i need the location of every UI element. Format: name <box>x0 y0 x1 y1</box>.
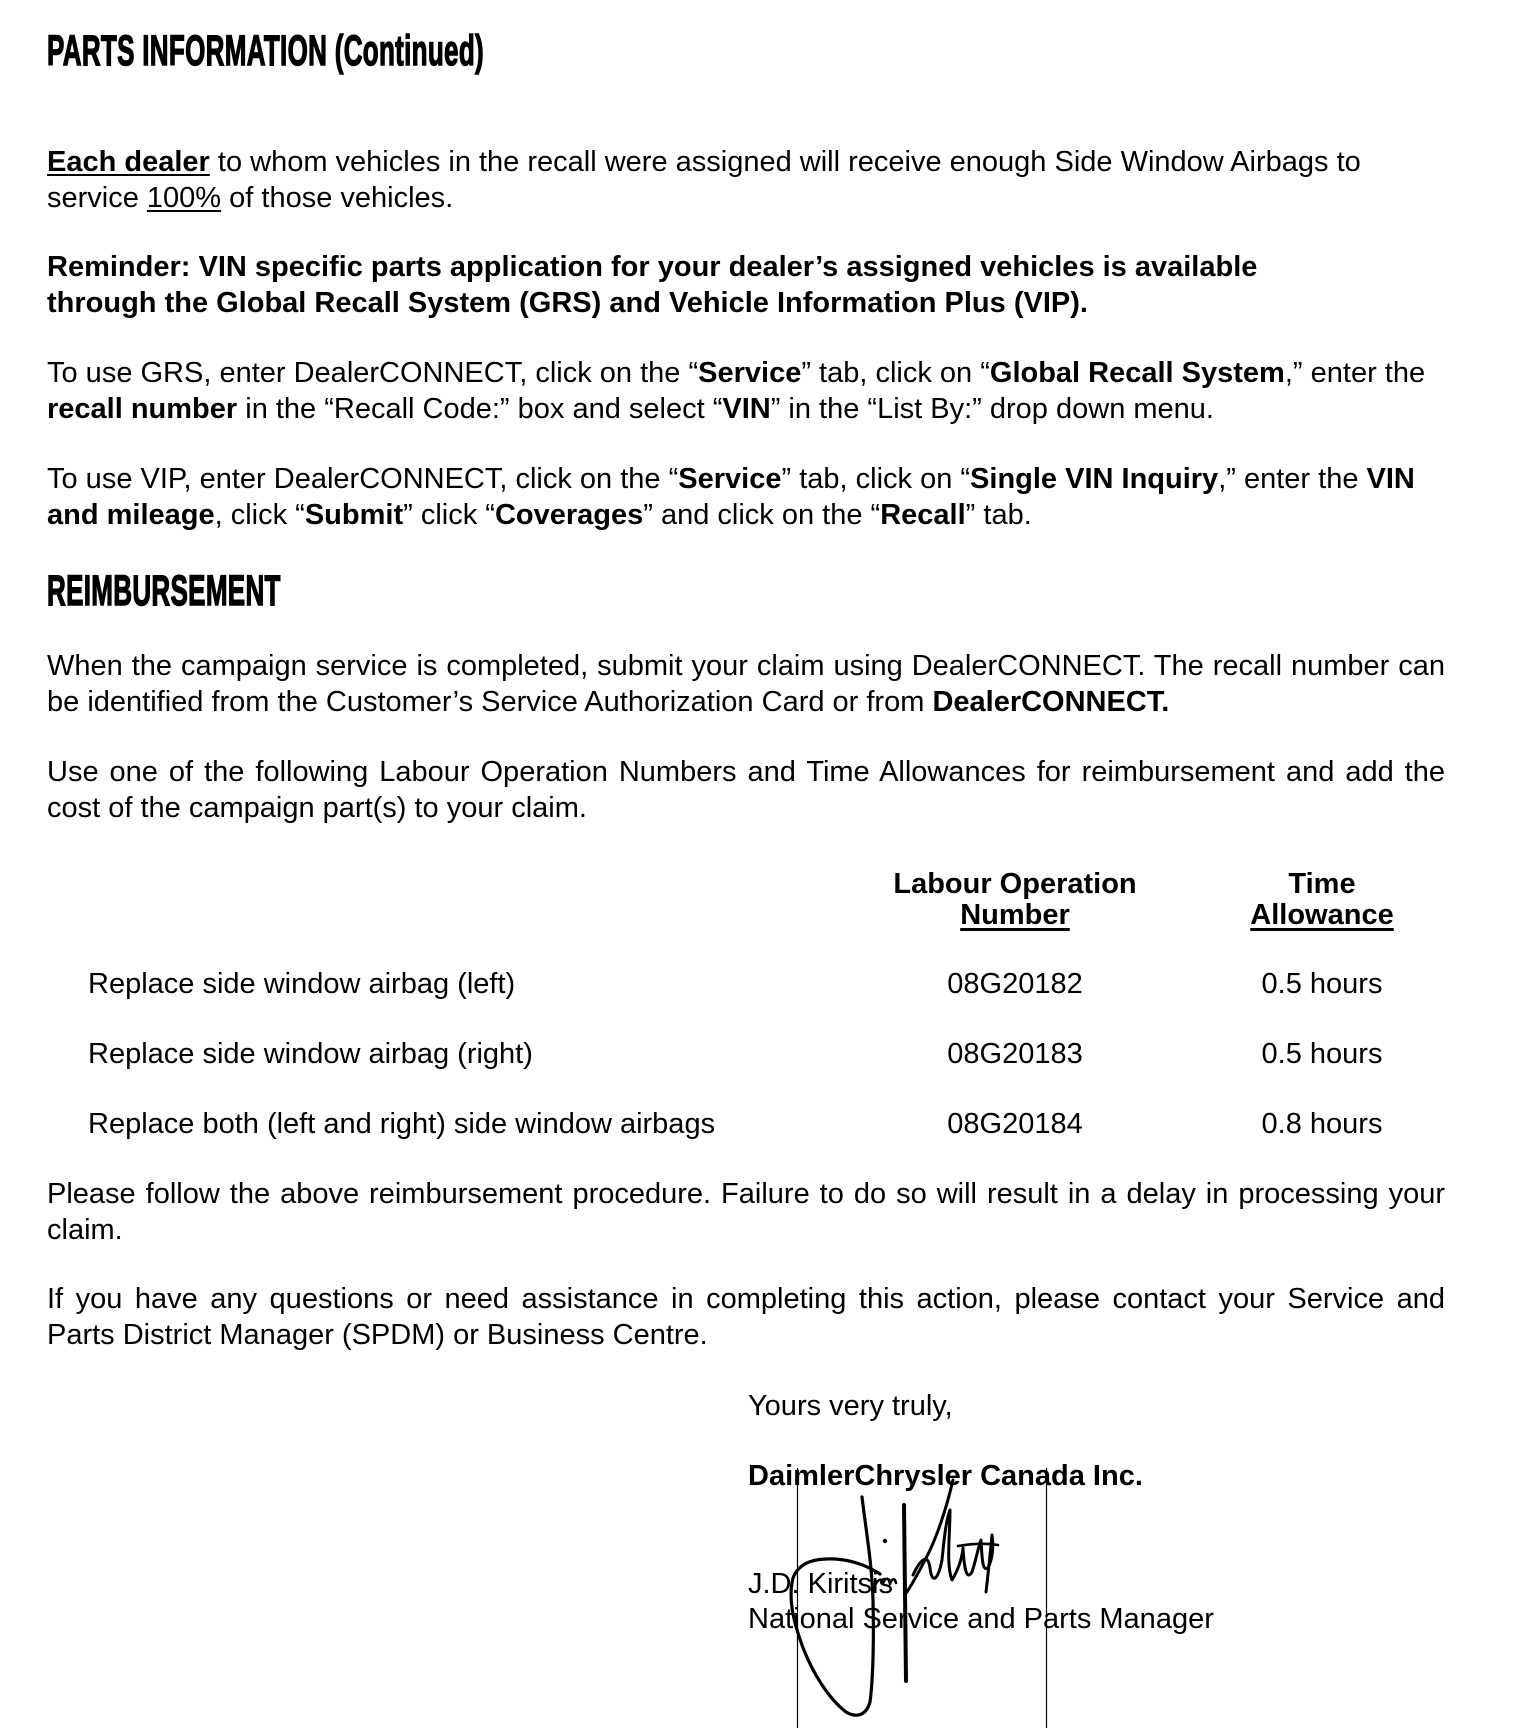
reminder-paragraph: Reminder: VIN specific parts application… <box>47 250 1347 321</box>
header-underlined: Number <box>960 899 1070 931</box>
company-name: DaimlerChrysler Canada Inc. <box>748 1459 1143 1495</box>
reimbursement-heading: REIMBURSEMENT <box>47 570 281 613</box>
vip-text: ” click “ <box>403 499 495 531</box>
grs-global-recall-system: Global Recall System <box>990 357 1285 389</box>
grs-text: in the “Recall Code:” box and select “ <box>237 393 722 425</box>
grs-text: ” tab, click on “ <box>801 357 990 389</box>
grs-recall-number: recall number <box>47 393 237 425</box>
grs-text: To use GRS, enter DealerCONNECT, click o… <box>47 357 698 389</box>
grs-vin: VIN <box>722 393 770 425</box>
header-line: Number <box>893 900 1136 931</box>
percentage-emphasis: 100% <box>147 182 221 214</box>
time-allowance-header: Time Allowance <box>1250 869 1393 931</box>
row-time: 0.5 hours <box>1262 967 1383 1003</box>
claim-submission-paragraph: When the campaign service is completed, … <box>47 649 1445 720</box>
labour-operation-instructions: Use one of the following Labour Operatio… <box>47 755 1445 826</box>
header-line: Time <box>1250 869 1393 900</box>
header-line: Labour Operation <box>893 869 1136 900</box>
grs-text: ” in the “List By:” drop down menu. <box>771 393 1214 425</box>
signer-name: J.D. Kiritsis <box>748 1567 893 1603</box>
vip-text: To use VIP, enter DealerCONNECT, click o… <box>47 463 678 495</box>
row-op-number: 08G20182 <box>947 967 1082 1003</box>
vip-single-vin-inquiry: Single VIN Inquiry <box>970 463 1218 495</box>
vip-text: ” tab. <box>966 499 1032 531</box>
signer-title: National Service and Parts Manager <box>748 1602 1214 1638</box>
dealer-allocation-paragraph: Each dealer to whom vehicles in the reca… <box>47 145 1445 216</box>
vip-text: ” tab, click on “ <box>781 463 970 495</box>
labour-operation-number-header: Labour Operation Number <box>893 869 1136 931</box>
contact-paragraph: If you have any questions or need assist… <box>47 1282 1445 1353</box>
vip-recall-tab: Recall <box>880 499 965 531</box>
row-op-number: 08G20183 <box>947 1037 1082 1073</box>
row-time: 0.5 hours <box>1262 1037 1383 1073</box>
header-underlined: Allowance <box>1250 899 1393 931</box>
grs-service-tab: Service <box>698 357 801 389</box>
vip-service-tab: Service <box>678 463 781 495</box>
vip-text: , click “ <box>215 499 305 531</box>
vip-instructions-paragraph: To use VIP, enter DealerCONNECT, click o… <box>47 462 1445 533</box>
row-time: 0.8 hours <box>1262 1107 1383 1143</box>
vip-submit: Submit <box>305 499 403 531</box>
vip-text: ,” enter the <box>1218 463 1366 495</box>
grs-instructions-paragraph: To use GRS, enter DealerCONNECT, click o… <box>47 356 1445 427</box>
allocation-text-b: of those vehicles. <box>221 182 453 214</box>
claim-text: When the campaign service is completed, … <box>47 650 1445 718</box>
salutation: Yours very truly, <box>748 1389 953 1425</box>
parts-information-heading: PARTS INFORMATION (Continued) <box>47 30 484 73</box>
row-description: Replace both (left and right) side windo… <box>88 1107 715 1143</box>
row-description: Replace side window airbag (right) <box>88 1037 533 1073</box>
row-op-number: 08G20184 <box>947 1107 1082 1143</box>
vip-coverages: Coverages <box>495 499 643 531</box>
vip-text: ” and click on the “ <box>643 499 880 531</box>
row-description: Replace side window airbag (left) <box>88 967 515 1003</box>
procedure-warning-paragraph: Please follow the above reimbursement pr… <box>47 1177 1445 1248</box>
grs-text: ,” enter the <box>1285 357 1425 389</box>
dealerconnect-emphasis: DealerCONNECT. <box>932 686 1169 718</box>
each-dealer-emphasis: Each dealer <box>47 146 210 178</box>
header-line: Allowance <box>1250 900 1393 931</box>
